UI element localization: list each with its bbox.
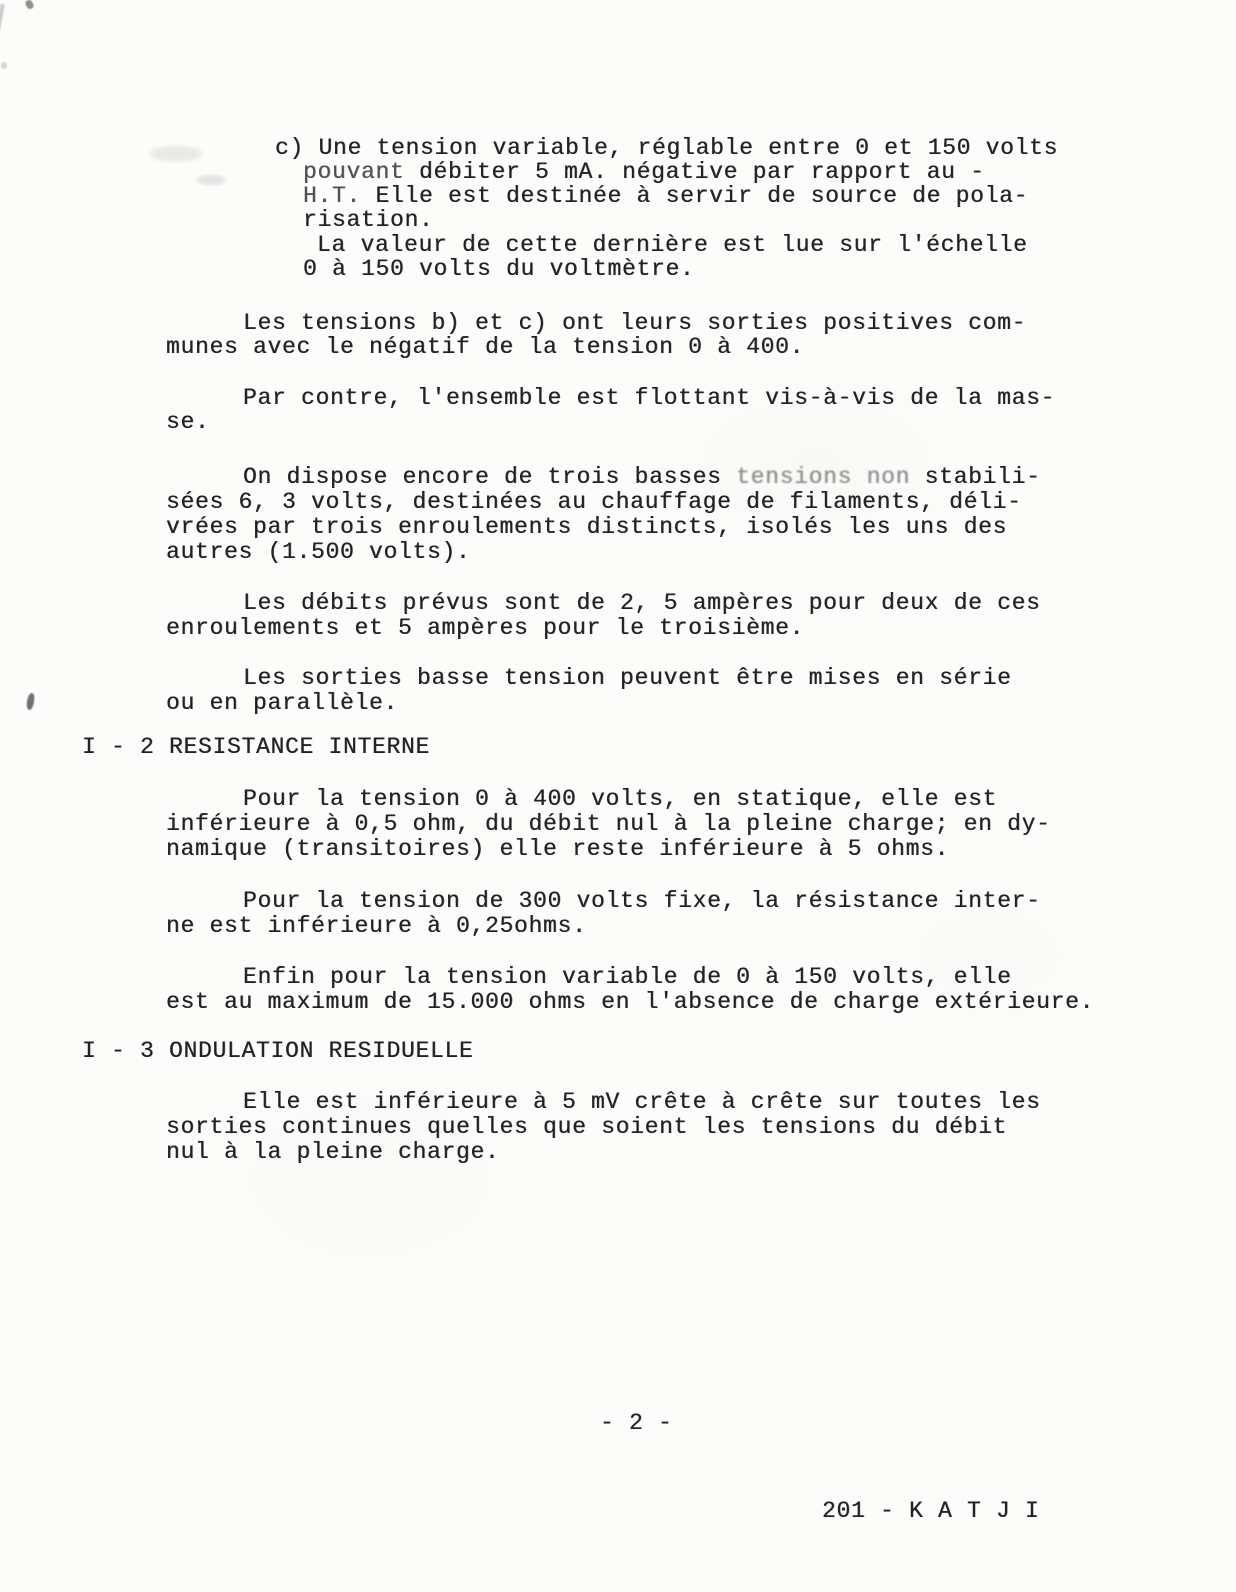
text-line: Pour la tension de 300 volts fixe, la ré… (243, 889, 1041, 913)
text-line: ne est inférieure à 0,25ohms. (166, 914, 587, 938)
text-segment: sorties continues quelles que soient les… (166, 1114, 1007, 1140)
page-number: - 2 - (600, 1411, 673, 1435)
text-line: La valeur de cette dernière est lue sur … (317, 233, 1028, 257)
text-segment: 201 - K A T J I (822, 1498, 1040, 1524)
text-segment: I - 3 ONDULATION RESIDUELLE (82, 1038, 474, 1064)
scan-artifact-smudge (196, 175, 226, 185)
scanned-document-page: c) Une tension variable, réglable entre … (0, 0, 1236, 1592)
text-line: 0 à 150 volts du voltmètre. (303, 257, 695, 281)
text-segment: Les débits prévus sont de 2, 5 ampères p… (243, 590, 1041, 616)
text-segment: Les sorties basse tension peuvent être m… (243, 665, 1012, 691)
text-segment: Pour la tension 0 à 400 volts, en statiq… (243, 786, 997, 812)
text-segment: est au maximum de 15.000 ohms en l'absen… (166, 989, 1094, 1015)
scan-artifact-corner-tick (24, 0, 35, 10)
text-segment: autres (1.500 volts). (166, 539, 471, 565)
text-segment: Enfin pour la tension variable de 0 à 15… (243, 964, 1012, 990)
text-line: pouvant débiter 5 mA. négative par rappo… (303, 160, 985, 184)
text-line: sorties continues quelles que soient les… (166, 1115, 1007, 1139)
text-line: On dispose encore de trois basses tensio… (243, 465, 1041, 489)
scan-artifact-ink-blob (26, 693, 36, 711)
text-segment: Elle est destinée à servir de source de … (361, 183, 1028, 209)
text-line: c) Une tension variable, réglable entre … (275, 136, 1058, 160)
text-line: ou en parallèle. (166, 691, 398, 715)
text-segment: Pour la tension de 300 volts fixe, la ré… (243, 888, 1041, 914)
text-segment: munes avec le négatif de la tension 0 à … (166, 334, 804, 360)
section-heading-ondulation-residuelle: I - 3 ONDULATION RESIDUELLE (82, 1039, 474, 1063)
text-segment: ne est inférieure à 0,25ohms. (166, 913, 587, 939)
text-segment: La valeur de cette dernière est lue sur … (317, 232, 1028, 258)
text-segment: pouvant (303, 159, 405, 185)
text-segment: Par contre, l'ensemble est flottant vis-… (243, 385, 1055, 411)
text-segment: Les tensions b) et c) ont leurs sorties … (243, 310, 1026, 336)
text-line: Pour la tension 0 à 400 volts, en statiq… (243, 787, 997, 811)
text-line: H.T. Elle est destinée à servir de sourc… (303, 184, 1028, 208)
text-line: autres (1.500 volts). (166, 540, 471, 564)
text-line: Enfin pour la tension variable de 0 à 15… (243, 965, 1012, 989)
text-line: se. (166, 410, 210, 434)
text-line: nul à la pleine charge. (166, 1140, 500, 1164)
text-line: est au maximum de 15.000 ohms en l'absen… (166, 990, 1094, 1014)
text-segment: I - 2 RESISTANCE INTERNE (82, 734, 430, 760)
document-reference: 201 - K A T J I (822, 1499, 1040, 1523)
text-line: Les tensions b) et c) ont leurs sorties … (243, 311, 1026, 335)
text-line: vrées par trois enroulements distincts, … (166, 515, 1007, 539)
text-segment: inférieure à 0,5 ohm, du débit nul à la … (166, 811, 1051, 837)
text-line: Elle est inférieure à 5 mV crête à crête… (243, 1090, 1041, 1114)
scan-artifact-edge-dot (1, 62, 7, 69)
text-segment: Elle est inférieure à 5 mV crête à crête… (243, 1089, 1041, 1115)
scan-artifact-smudge (150, 146, 202, 162)
scan-artifact-edge-scratch (0, 4, 5, 34)
text-line: sées 6, 3 volts, destinées au chauffage … (166, 490, 1022, 514)
text-segment: H.T. (303, 183, 361, 209)
text-segment: sées 6, 3 volts, destinées au chauffage … (166, 489, 1022, 515)
text-segment: se. (166, 409, 210, 435)
text-line: munes avec le négatif de la tension 0 à … (166, 335, 804, 359)
text-line: risation. (303, 208, 434, 232)
text-segment: On dispose encore de trois basses (243, 464, 736, 490)
text-segment: c) Une tension variable, réglable entre … (275, 135, 1058, 161)
text-segment: - 2 - (600, 1410, 673, 1436)
text-segment: risation. (303, 207, 434, 233)
text-line: namique (transitoires) elle reste inféri… (166, 837, 949, 861)
text-line: Les débits prévus sont de 2, 5 ampères p… (243, 591, 1041, 615)
text-line: Les sorties basse tension peuvent être m… (243, 666, 1012, 690)
text-segment: nul à la pleine charge. (166, 1139, 500, 1165)
text-segment: ou en parallèle. (166, 690, 398, 716)
text-segment: tensions non (736, 464, 910, 490)
text-line: enroulements et 5 ampères pour le troisi… (166, 616, 804, 640)
text-line: Par contre, l'ensemble est flottant vis-… (243, 386, 1055, 410)
text-segment: stabili- (910, 464, 1041, 490)
text-segment: namique (transitoires) elle reste inféri… (166, 836, 949, 862)
text-segment: 0 à 150 volts du voltmètre. (303, 256, 695, 282)
text-segment: débiter 5 mA. négative par rapport au - (405, 159, 985, 185)
text-segment: enroulements et 5 ampères pour le troisi… (166, 615, 804, 641)
text-line: inférieure à 0,5 ohm, du débit nul à la … (166, 812, 1051, 836)
section-heading-resistance-interne: I - 2 RESISTANCE INTERNE (82, 735, 430, 759)
text-segment: vrées par trois enroulements distincts, … (166, 514, 1007, 540)
